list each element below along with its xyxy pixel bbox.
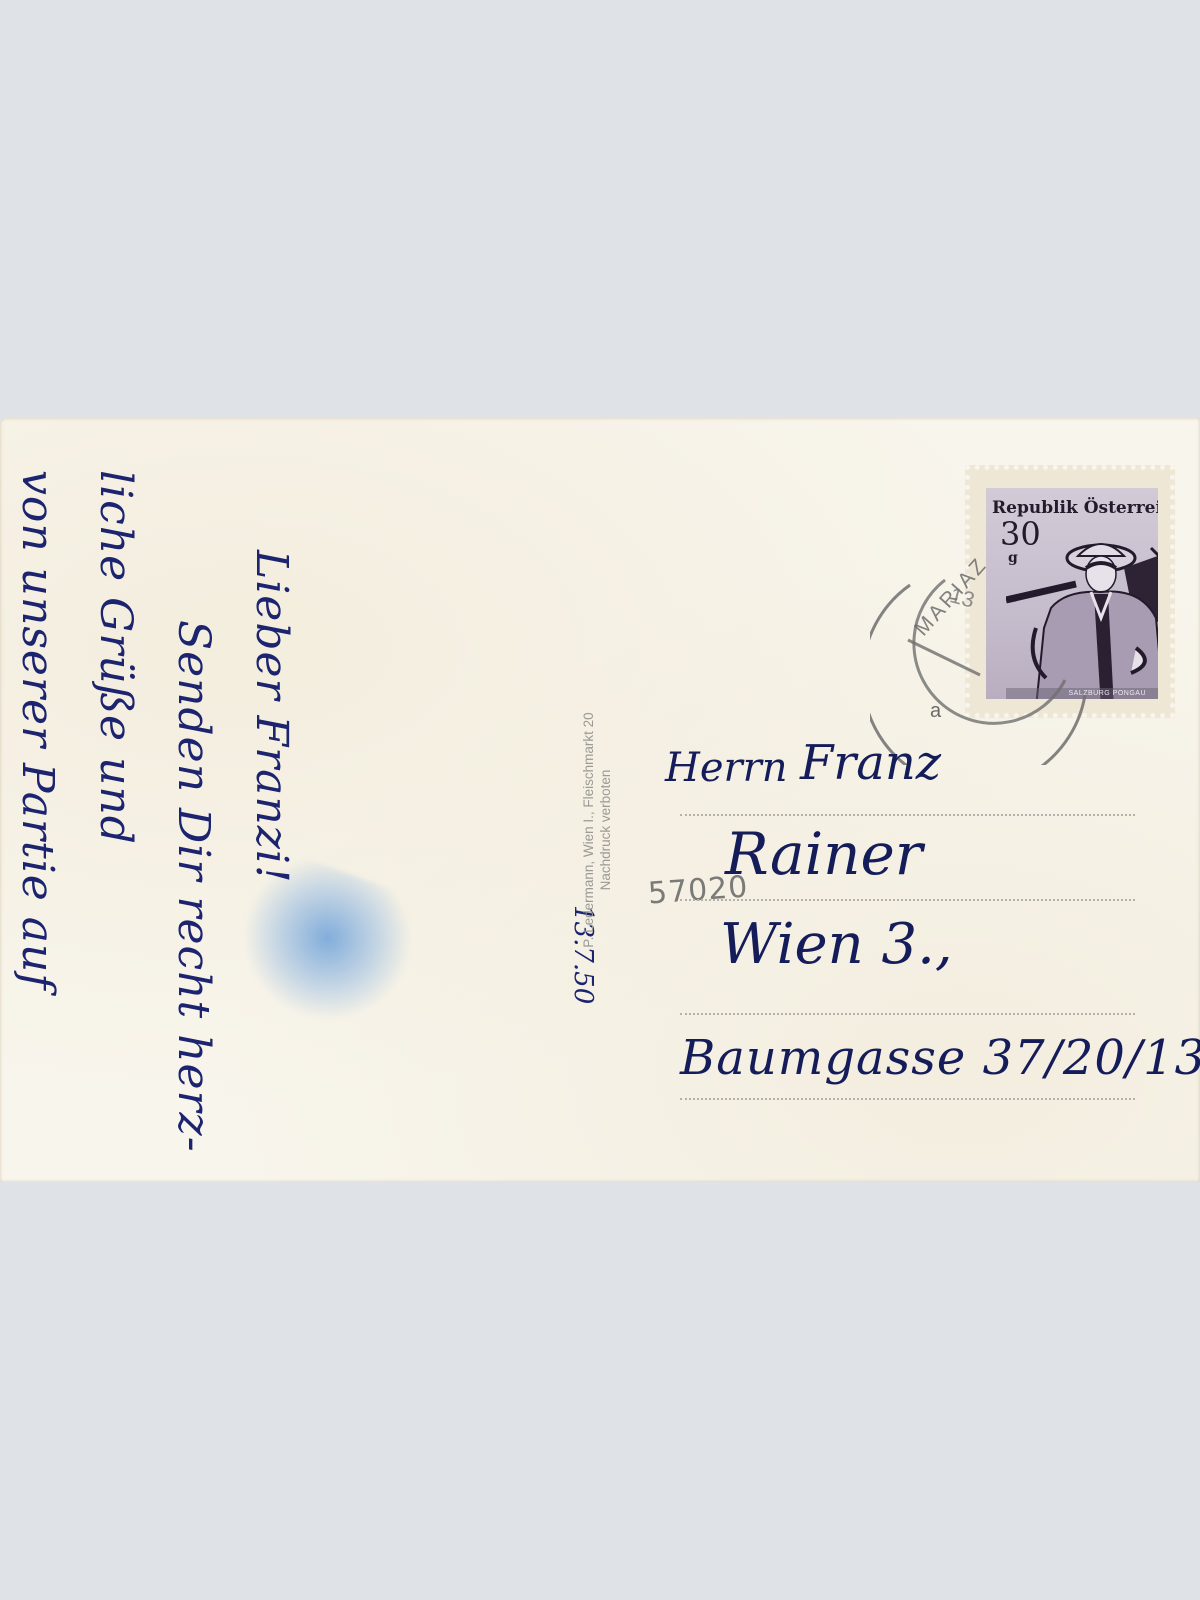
address-street: Baumgasse 37/20/13 [680, 1030, 1200, 1086]
address-line-3 [680, 1013, 1135, 1015]
handwritten-message: Lieber Franzi! Senden Dir recht herz- li… [0, 470, 310, 1110]
address-first-name: Franz [800, 735, 941, 791]
address-salutation: Herrn [665, 745, 788, 791]
message-line: liche Grüße und [76, 470, 154, 1110]
postmark-circles-icon [870, 525, 1110, 765]
publisher-line: P. Ledermann, Wien I., Fleischmarkt 20 [580, 620, 597, 1040]
address-city: Wien 3., [720, 912, 953, 977]
publisher-line: Nachdruck verboten [597, 620, 614, 1040]
address-line-4 [680, 1098, 1135, 1100]
postmark-letter: a [930, 700, 941, 723]
message-line: von unserer Partie auf [0, 470, 76, 1110]
message-line: Lieber Franzi! [232, 470, 310, 1110]
message-line: Senden Dir recht herz- [154, 470, 232, 1110]
address-line-1 [680, 814, 1135, 816]
publisher-imprint: P. Ledermann, Wien I., Fleischmarkt 20 N… [580, 620, 614, 1040]
address-last-name: Rainer [725, 820, 923, 888]
address-line-2 [680, 899, 1135, 901]
